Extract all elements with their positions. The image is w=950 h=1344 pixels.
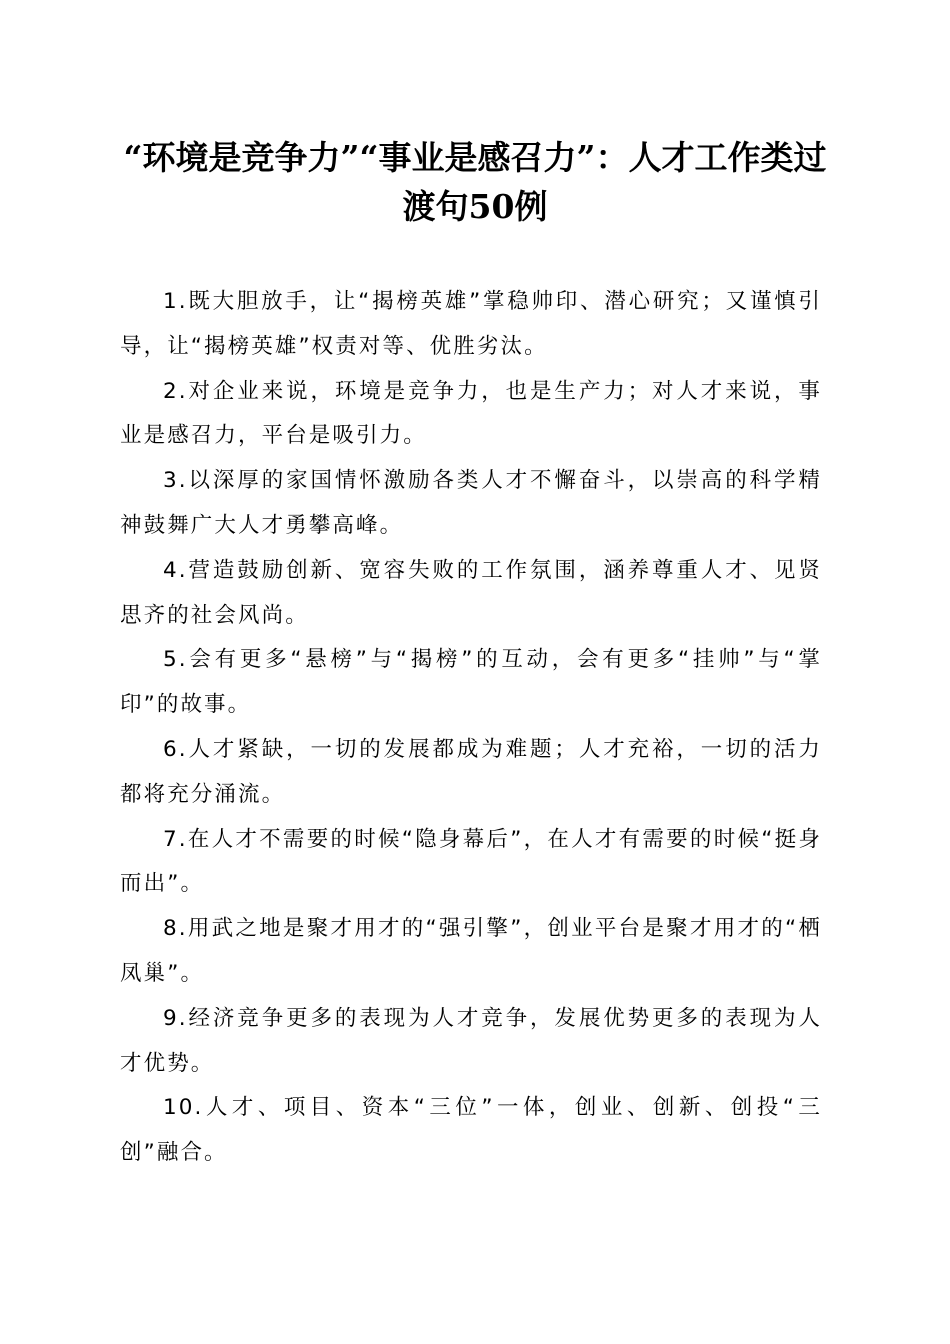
paragraph-2: 2.对企业来说，环境是竞争力，也是生产力；对人才来说，事业是感召力，平台是吸引力… bbox=[120, 370, 822, 460]
document-title: “环境是竞争力”“事业是感召力”：人才工作类过渡句50例 bbox=[110, 133, 840, 231]
paragraph-3: 3.以深厚的家国情怀激励各类人才不懈奋斗，以崇高的科学精神鼓舞广大人才勇攀高峰。 bbox=[120, 459, 822, 549]
paragraph-7: 7.在人才不需要的时候“隐身幕后”，在人才有需要的时候“挺身而出”。 bbox=[120, 818, 822, 908]
document-page: “环境是竞争力”“事业是感召力”：人才工作类过渡句50例 1.既大胆放手，让“揭… bbox=[0, 0, 950, 1344]
document-body: 1.既大胆放手，让“揭榜英雄”掌稳帅印、潜心研究；又谨慎引导，让“揭榜英雄”权责… bbox=[120, 280, 822, 1176]
paragraph-1: 1.既大胆放手，让“揭榜英雄”掌稳帅印、潜心研究；又谨慎引导，让“揭榜英雄”权责… bbox=[120, 280, 822, 370]
paragraph-8: 8.用武之地是聚才用才的“强引擎”，创业平台是聚才用才的“栖凤巢”。 bbox=[120, 907, 822, 997]
paragraph-5: 5.会有更多“悬榜”与“揭榜”的互动，会有更多“挂帅”与“掌印”的故事。 bbox=[120, 638, 822, 728]
paragraph-10: 10.人才、项目、资本“三位”一体，创业、创新、创投“三创”融合。 bbox=[120, 1086, 822, 1176]
paragraph-6: 6.人才紧缺，一切的发展都成为难题；人才充裕，一切的活力都将充分涌流。 bbox=[120, 728, 822, 818]
paragraph-9: 9.经济竞争更多的表现为人才竞争，发展优势更多的表现为人才优势。 bbox=[120, 997, 822, 1087]
paragraph-4: 4.营造鼓励创新、宽容失败的工作氛围，涵养尊重人才、见贤思齐的社会风尚。 bbox=[120, 549, 822, 639]
